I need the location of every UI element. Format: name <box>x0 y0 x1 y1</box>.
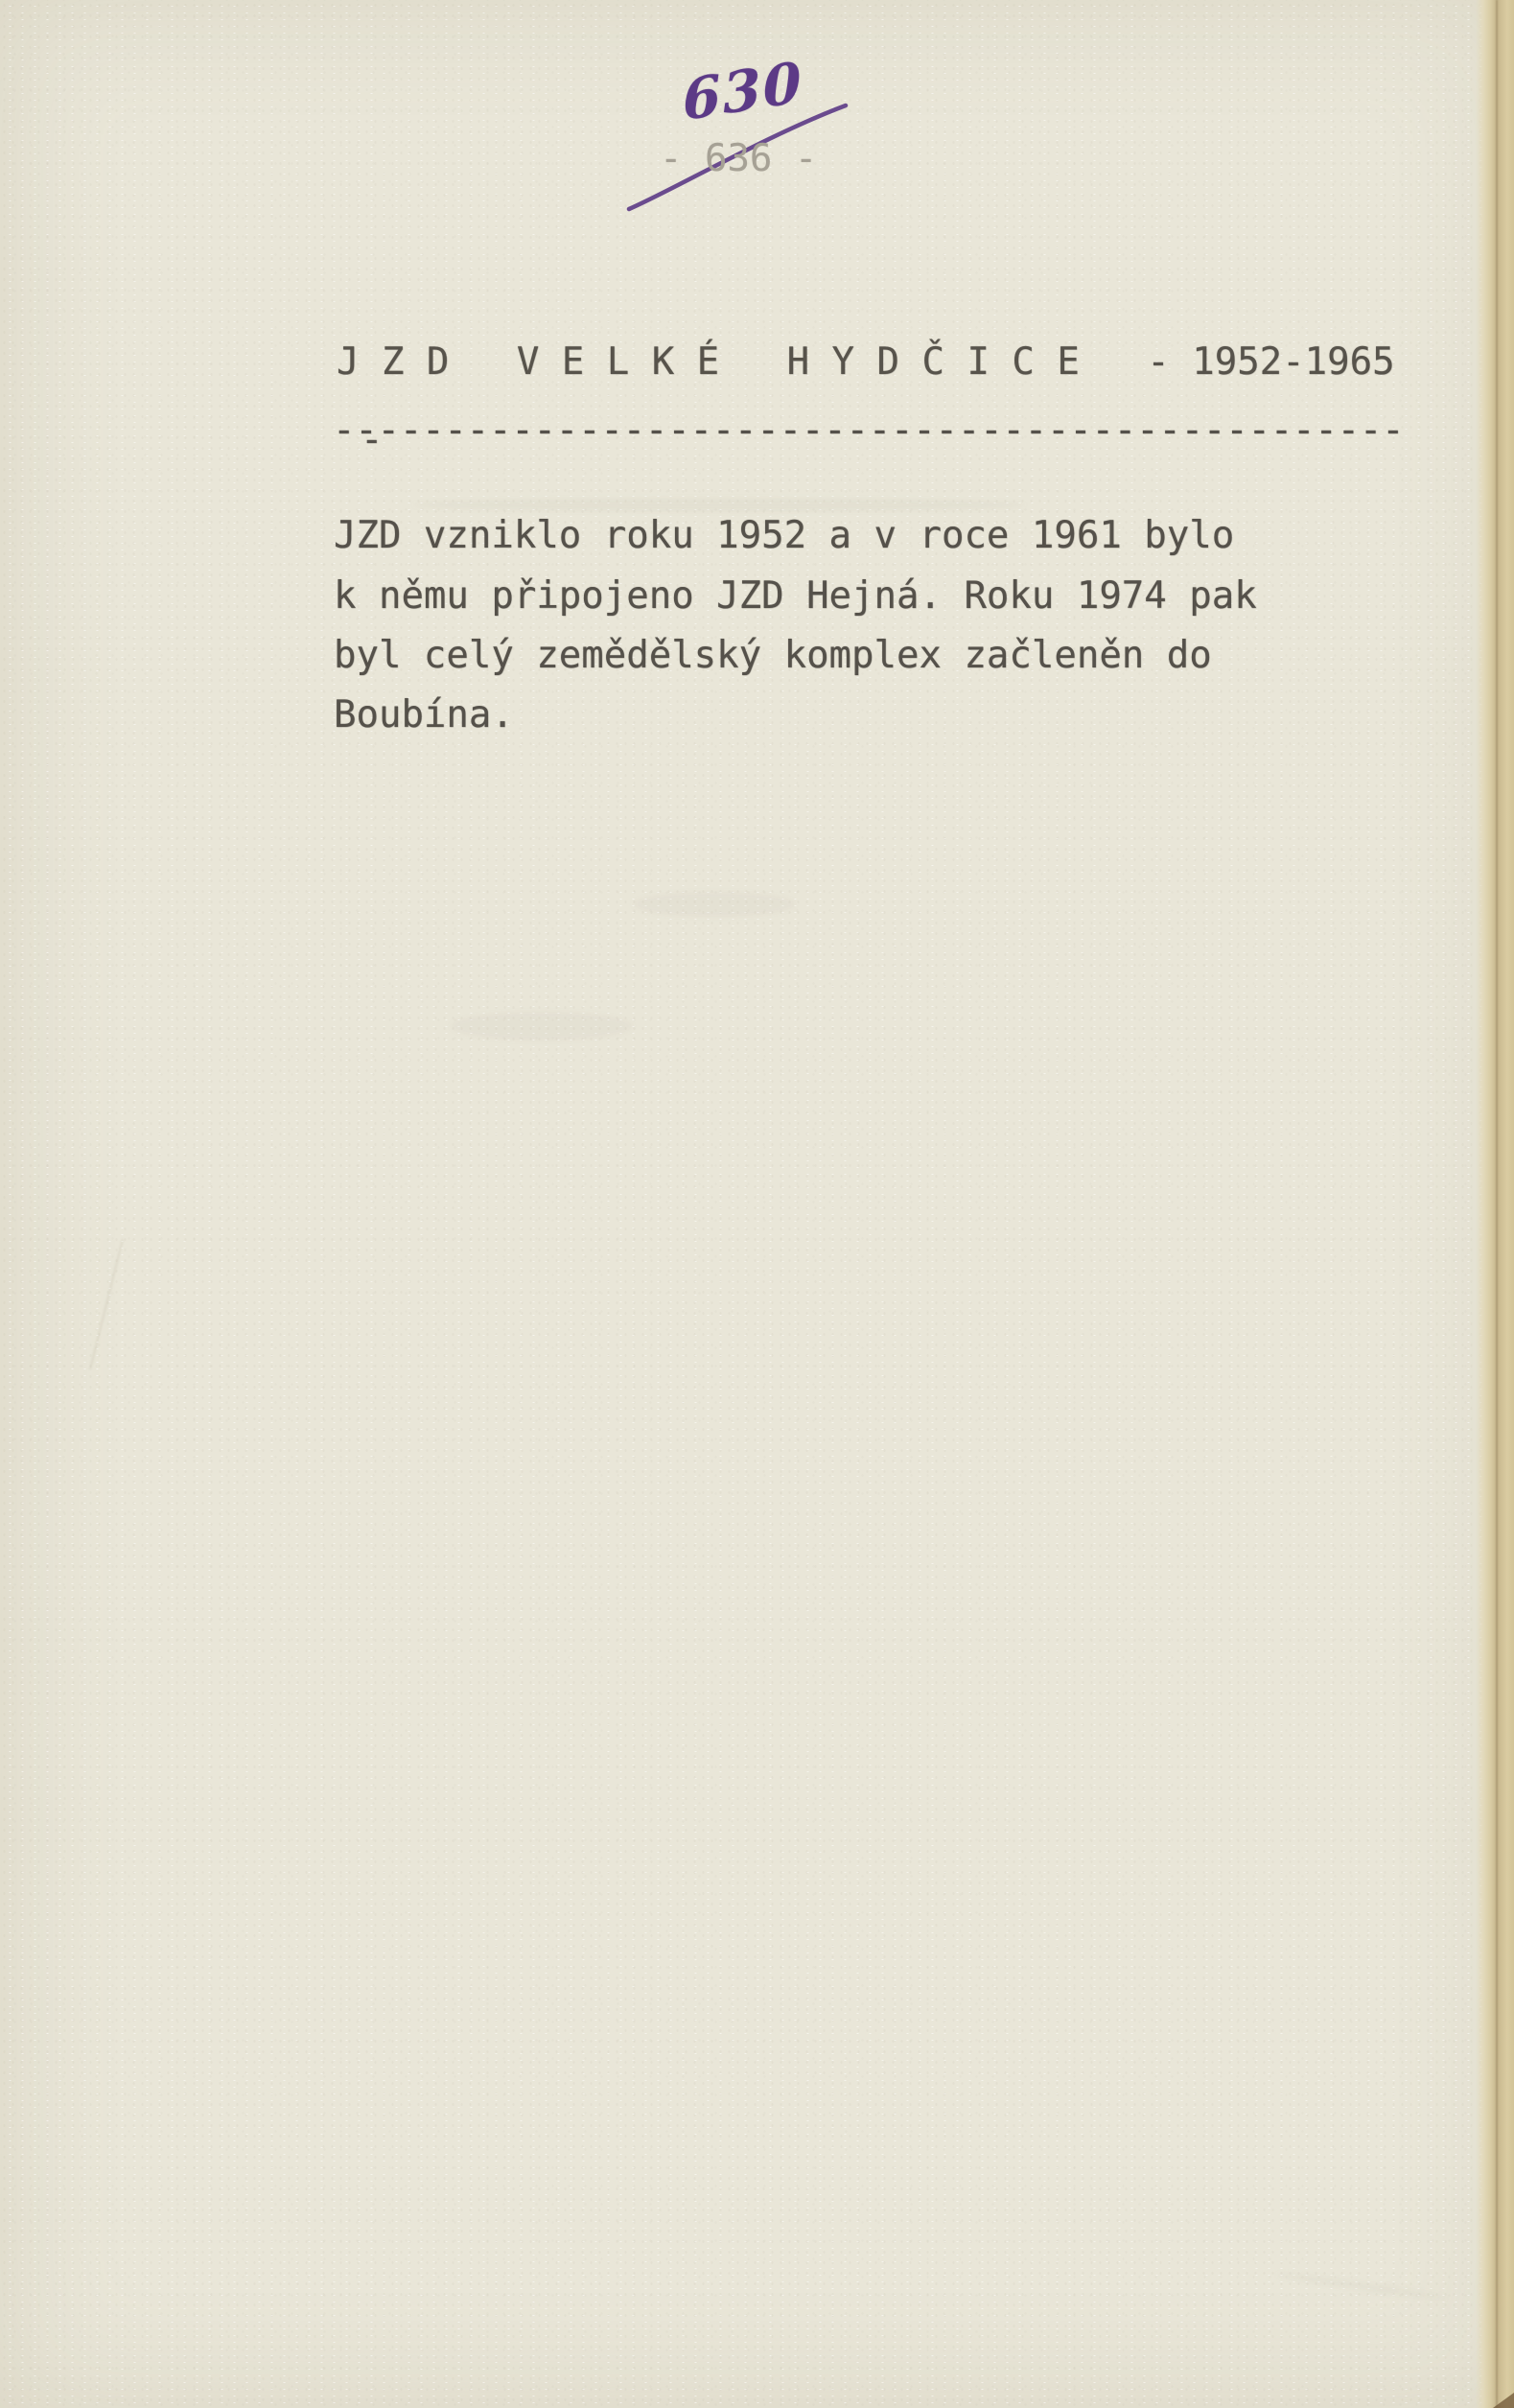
bleedthrough-mark <box>633 892 796 917</box>
scanned-page: 630 - 636 - J Z D V E L K É H Y D Č I C … <box>0 0 1514 2408</box>
bleedthrough-mark <box>451 1012 633 1040</box>
paper-scratch <box>89 1239 124 1369</box>
heading-underline: ----------------------------------------… <box>333 411 1404 450</box>
paragraph-line: JZD vzniklo roku 1952 a v roce 1961 bylo <box>334 517 1234 555</box>
struck-page-number: - 636 - <box>660 140 817 178</box>
bleedthrough-mark <box>412 499 1026 511</box>
page-edge-shadow-line <box>1496 0 1498 2408</box>
page-edge <box>1476 0 1514 2408</box>
paragraph-line: byl celý zemědělský komplex začleněn do <box>334 637 1212 675</box>
heading-underline-overstrike: - <box>361 421 383 459</box>
paragraph-line: Boubína. <box>334 696 514 735</box>
paragraph-line: k němu připojeno JZD Hejná. Roku 1974 pa… <box>334 577 1257 616</box>
bleedthrough-mark <box>1275 2271 1447 2303</box>
page-title: J Z D V E L K É H Y D Č I C E - 1952-196… <box>337 343 1395 382</box>
